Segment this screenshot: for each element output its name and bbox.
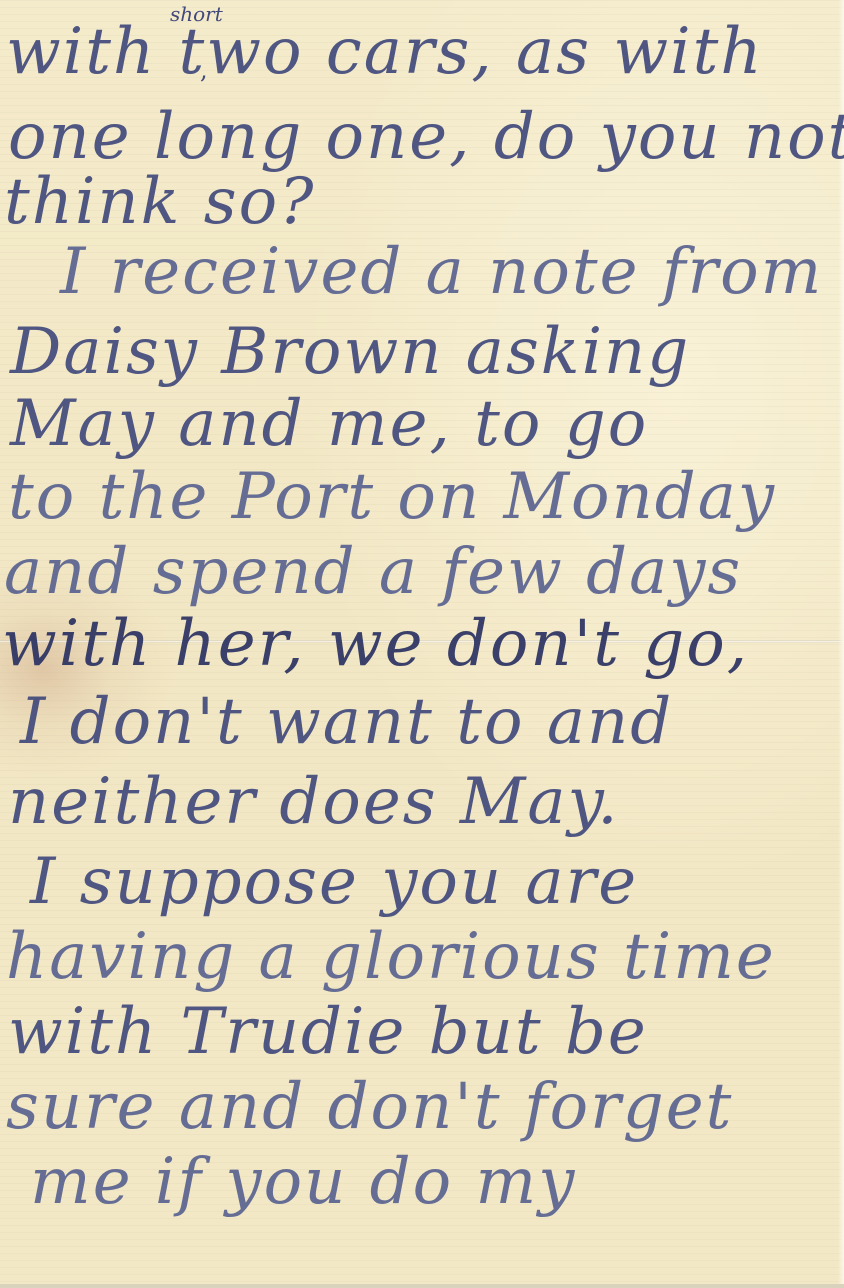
handwritten-line-13: having a glorious time xyxy=(6,925,776,989)
handwritten-line-5: Daisy Brown asking xyxy=(10,320,690,384)
paper-edge-bottom xyxy=(0,1284,844,1288)
handwritten-line-14: with Trudie but be xyxy=(8,1000,648,1064)
letter-page: short , with two cars, as with one long … xyxy=(0,0,844,1288)
handwritten-line-11: neither does May. xyxy=(8,770,620,834)
handwritten-line-4: I received a note from xyxy=(60,240,823,304)
handwritten-line-6: May and me, to go xyxy=(10,392,648,456)
handwritten-line-15: sure and don't forget xyxy=(6,1075,733,1139)
handwritten-line-7: to the Port on Monday xyxy=(8,465,776,529)
handwritten-line-10: I don't want to and xyxy=(20,690,673,754)
handwritten-line-9: with her, we don't go, xyxy=(2,612,749,676)
handwritten-line-16: me if you do my xyxy=(30,1150,576,1214)
handwritten-line-1: with two cars, as with xyxy=(6,20,764,84)
handwritten-line-12: I suppose you are xyxy=(30,850,638,914)
handwritten-line-2: one long one, do you not xyxy=(8,105,844,169)
paper-edge xyxy=(838,0,844,1288)
handwritten-line-3: think so? xyxy=(4,170,315,234)
handwritten-line-8: and spend a few days xyxy=(4,540,742,604)
